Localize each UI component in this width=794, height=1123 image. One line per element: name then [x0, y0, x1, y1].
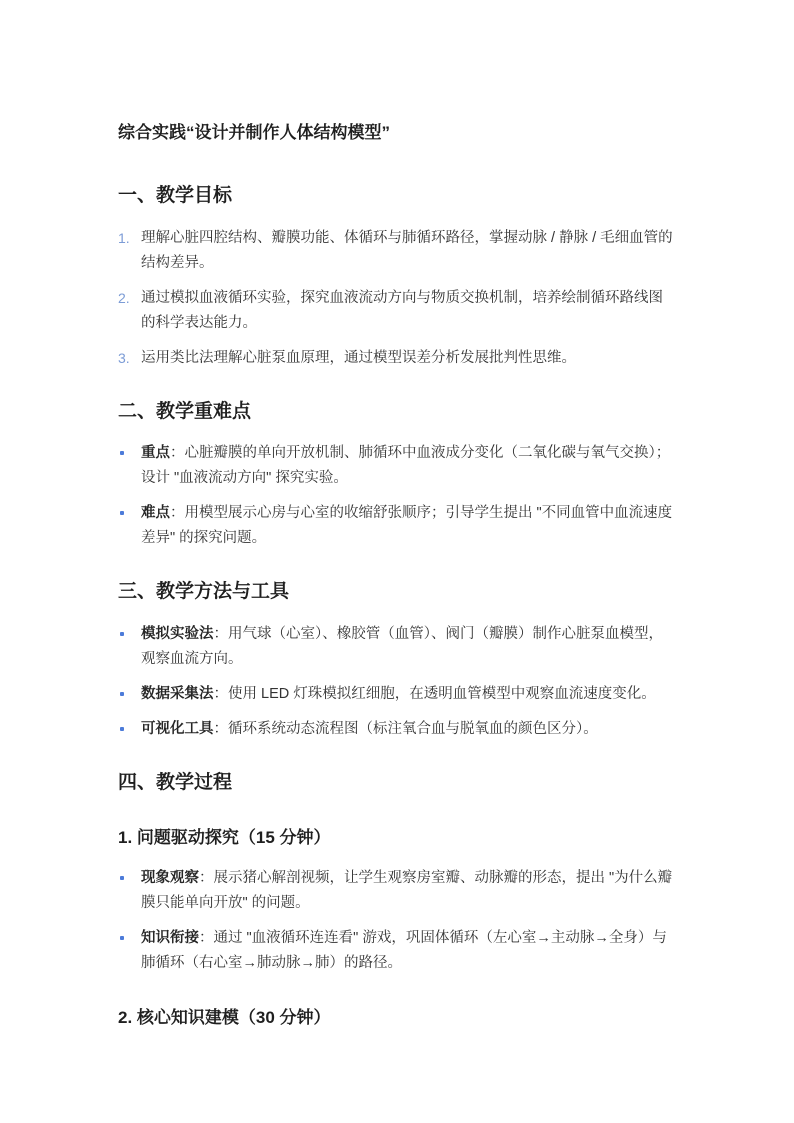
subsection-2-heading: 2. 核心知识建模（30 分钟）: [118, 1006, 676, 1030]
section-goals: 一、教学目标 1. 理解心脏四腔结构、瓣膜功能、体循环与肺循环路径，掌握动脉 /…: [118, 183, 676, 371]
list-item-body: ：展示猪心解剖视频，让学生观察房室瓣、动脉瓣的形态，提出 "为什么瓣膜只能单向开…: [141, 870, 672, 911]
bullet-icon: [120, 936, 124, 940]
list-item: 可视化工具：循环系统动态流程图（标注氧合血与脱氧血的颜色区分）。: [118, 717, 676, 742]
list-item-label: 重点: [141, 445, 170, 461]
list-item-label: 模拟实验法: [141, 626, 214, 642]
list-item-body: ：循环系统动态流程图（标注氧合血与脱氧血的颜色区分）。: [214, 721, 598, 737]
list-item-label: 知识衔接: [141, 930, 199, 946]
list-item: 3. 运用类比法理解心脏泵血原理，通过模型误差分析发展批判性思维。: [118, 346, 676, 371]
list-item: 数据采集法：使用 LED 灯珠模拟红细胞，在透明血管模型中观察血流速度变化。: [118, 682, 676, 707]
list-item-body: ：心脏瓣膜的单向开放机制、肺循环中血液成分变化（二氧化碳与氧气交换）；设计 "血…: [141, 445, 670, 486]
section-key-points: 二、教学重难点 重点：心脏瓣膜的单向开放机制、肺循环中血液成分变化（二氧化碳与氧…: [118, 399, 676, 552]
list-item: 1. 理解心脏四腔结构、瓣膜功能、体循环与肺循环路径，掌握动脉 / 静脉 / 毛…: [118, 226, 676, 276]
section-key-points-heading: 二、教学重难点: [118, 399, 676, 426]
list-item-body: ：使用 LED 灯珠模拟红细胞，在透明血管模型中观察血流速度变化。: [214, 686, 656, 702]
list-item-label: 可视化工具: [141, 721, 214, 737]
list-item-body: ：用气球（心室）、橡胶管（血管）、阀门（瓣膜）制作心脏泵血模型，观察血流方向。: [141, 626, 663, 667]
process-sub1-list: 现象观察：展示猪心解剖视频，让学生观察房室瓣、动脉瓣的形态，提出 "为什么瓣膜只…: [118, 866, 676, 976]
bullet-icon: [120, 451, 124, 455]
subsection-1-heading: 1. 问题驱动探究（15 分钟）: [118, 826, 676, 850]
list-item-body: ：用模型展示心房与心室的收缩舒张顺序；引导学生提出 "不同血管中血流速度差异" …: [141, 505, 672, 546]
section-goals-heading: 一、教学目标: [118, 183, 676, 210]
bullet-icon: [120, 632, 124, 636]
list-item-label: 难点: [141, 505, 170, 521]
bullet-icon: [120, 876, 124, 880]
list-item-text: 模拟实验法：用气球（心室）、橡胶管（血管）、阀门（瓣膜）制作心脏泵血模型，观察血…: [141, 622, 676, 672]
list-item-label: 现象观察: [141, 870, 199, 886]
list-item-body: ：通过 "血液循环连连看" 游戏，巩固体循环（左心室→主动脉→全身）与肺循环（右…: [141, 930, 667, 971]
list-item-text: 重点：心脏瓣膜的单向开放机制、肺循环中血液成分变化（二氧化碳与氧气交换）；设计 …: [141, 441, 676, 491]
list-item-text: 运用类比法理解心脏泵血原理，通过模型误差分析发展批判性思维。: [141, 346, 676, 371]
list-item-text: 难点：用模型展示心房与心室的收缩舒张顺序；引导学生提出 "不同血管中血流速度差异…: [141, 501, 676, 551]
goals-list: 1. 理解心脏四腔结构、瓣膜功能、体循环与肺循环路径，掌握动脉 / 静脉 / 毛…: [118, 226, 676, 371]
list-number: 3.: [118, 346, 141, 371]
list-number: 1.: [118, 226, 141, 251]
list-item: 知识衔接：通过 "血液循环连连看" 游戏，巩固体循环（左心室→主动脉→全身）与肺…: [118, 926, 676, 976]
list-item: 模拟实验法：用气球（心室）、橡胶管（血管）、阀门（瓣膜）制作心脏泵血模型，观察血…: [118, 622, 676, 672]
list-item: 难点：用模型展示心房与心室的收缩舒张顺序；引导学生提出 "不同血管中血流速度差异…: [118, 501, 676, 551]
list-item-label: 数据采集法: [141, 686, 214, 702]
key-points-list: 重点：心脏瓣膜的单向开放机制、肺循环中血液成分变化（二氧化碳与氧气交换）；设计 …: [118, 441, 676, 551]
list-number: 2.: [118, 286, 141, 311]
section-process-heading: 四、教学过程: [118, 770, 676, 797]
bullet-icon: [120, 692, 124, 696]
list-item: 重点：心脏瓣膜的单向开放机制、肺循环中血液成分变化（二氧化碳与氧气交换）；设计 …: [118, 441, 676, 491]
list-item-text: 现象观察：展示猪心解剖视频，让学生观察房室瓣、动脉瓣的形态，提出 "为什么瓣膜只…: [141, 866, 676, 916]
bullet-icon: [120, 511, 124, 515]
list-item-text: 数据采集法：使用 LED 灯珠模拟红细胞，在透明血管模型中观察血流速度变化。: [141, 682, 676, 707]
list-item-text: 知识衔接：通过 "血液循环连连看" 游戏，巩固体循环（左心室→主动脉→全身）与肺…: [141, 926, 676, 976]
list-item: 2. 通过模拟血液循环实验，探究血液流动方向与物质交换机制，培养绘制循环路线图的…: [118, 286, 676, 336]
methods-list: 模拟实验法：用气球（心室）、橡胶管（血管）、阀门（瓣膜）制作心脏泵血模型，观察血…: [118, 622, 676, 742]
list-item: 现象观察：展示猪心解剖视频，让学生观察房室瓣、动脉瓣的形态，提出 "为什么瓣膜只…: [118, 866, 676, 916]
bullet-icon: [120, 727, 124, 731]
section-process: 四、教学过程 1. 问题驱动探究（15 分钟） 现象观察：展示猪心解剖视频，让学…: [118, 770, 676, 1030]
list-item-text: 可视化工具：循环系统动态流程图（标注氧合血与脱氧血的颜色区分）。: [141, 717, 676, 742]
section-methods-heading: 三、教学方法与工具: [118, 579, 676, 606]
document-title: 综合实践“设计并制作人体结构模型”: [118, 122, 676, 145]
section-methods: 三、教学方法与工具 模拟实验法：用气球（心室）、橡胶管（血管）、阀门（瓣膜）制作…: [118, 579, 676, 742]
list-item-text: 理解心脏四腔结构、瓣膜功能、体循环与肺循环路径，掌握动脉 / 静脉 / 毛细血管…: [141, 226, 676, 276]
document-page: 综合实践“设计并制作人体结构模型” 一、教学目标 1. 理解心脏四腔结构、瓣膜功…: [0, 0, 794, 1123]
list-item-text: 通过模拟血液循环实验，探究血液流动方向与物质交换机制，培养绘制循环路线图的科学表…: [141, 286, 676, 336]
